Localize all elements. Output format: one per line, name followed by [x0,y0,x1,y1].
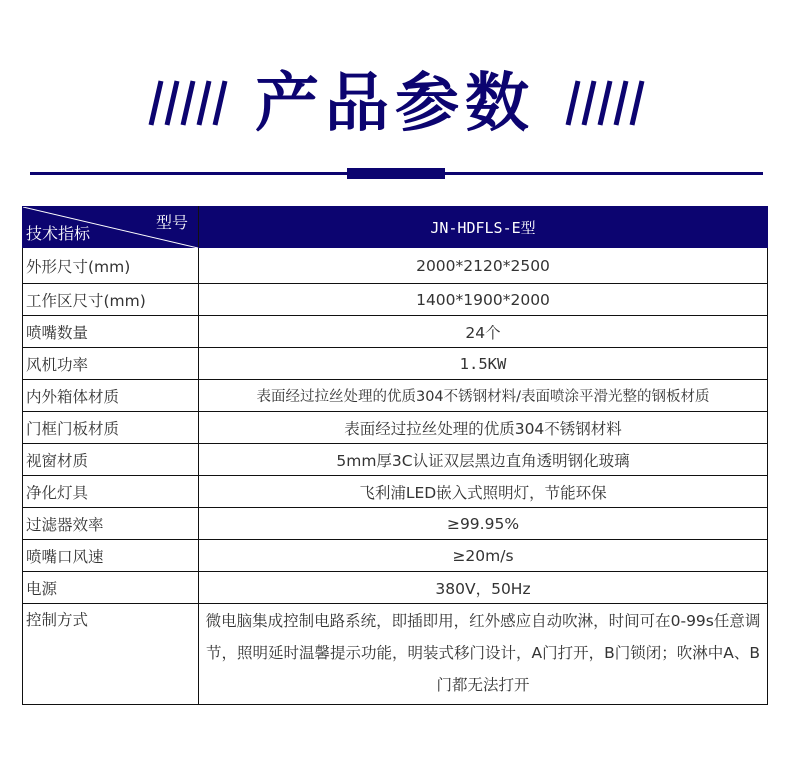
spec-table: 型号 技术指标 JN-HDFLS-E型 外形尺寸(mm) 2000*2120*2… [22,206,768,705]
table-row: 喷嘴数量 24个 [23,316,768,348]
row-value: ≥99.95% [199,508,768,540]
table-row: 净化灯具 飞利浦LED嵌入式照明灯，节能环保 [23,476,768,508]
row-value: ≥20m/s [199,540,768,572]
table-row: 外形尺寸(mm) 2000*2120*2500 [23,248,768,284]
table-row: 风机功率 1.5KW [23,348,768,380]
spec-label: 技术指标 [26,221,90,244]
corner-header-cell: 型号 技术指标 [23,207,199,248]
model-label: 型号 [156,210,188,233]
row-value: 表面经过拉丝处理的优质304不锈钢材料 [199,412,768,444]
table-row: 内外箱体材质 表面经过拉丝处理的优质304不锈钢材料/表面喷涂平滑光整的钢板材质 [23,380,768,412]
row-key: 风机功率 [23,348,199,380]
table-row: 视窗材质 5mm厚3C认证双层黑边直角透明钢化玻璃 [23,444,768,476]
table-row: 控制方式 微电脑集成控制电路系统，即插即用，红外感应自动吹淋，时间可在0-99s… [23,604,768,705]
row-value: 微电脑集成控制电路系统，即插即用，红外感应自动吹淋，时间可在0-99s任意调节，… [199,604,768,705]
title-divider-accent [347,168,445,179]
table-header-row: 型号 技术指标 JN-HDFLS-E型 [23,207,768,248]
table-row: 门框门板材质 表面经过拉丝处理的优质304不锈钢材料 [23,412,768,444]
page-title: 产品参数 [0,66,790,142]
row-key: 视窗材质 [23,444,199,476]
row-key: 内外箱体材质 [23,380,199,412]
slash-decoration-right-icon [564,80,648,126]
table-row: 工作区尺寸(mm) 1400*1900*2000 [23,284,768,316]
row-key: 门框门板材质 [23,412,199,444]
row-key: 工作区尺寸(mm) [23,284,199,316]
row-key: 喷嘴数量 [23,316,199,348]
row-value: 380V，50Hz [199,572,768,604]
row-key: 外形尺寸(mm) [23,248,199,284]
page-header: 产品参数 [0,62,790,142]
row-value: 1400*1900*2000 [199,284,768,316]
table-row: 喷嘴口风速 ≥20m/s [23,540,768,572]
model-name: JN-HDFLS-E型 [199,207,768,248]
table-row: 过滤器效率 ≥99.95% [23,508,768,540]
row-key: 喷嘴口风速 [23,540,199,572]
row-value: 飞利浦LED嵌入式照明灯，节能环保 [199,476,768,508]
row-key: 过滤器效率 [23,508,199,540]
row-key: 控制方式 [23,604,199,705]
row-key: 净化灯具 [23,476,199,508]
row-value: 1.5KW [199,348,768,380]
row-key: 电源 [23,572,199,604]
table-row: 电源 380V，50Hz [23,572,768,604]
row-value: 表面经过拉丝处理的优质304不锈钢材料/表面喷涂平滑光整的钢板材质 [199,380,768,412]
row-value: 5mm厚3C认证双层黑边直角透明钢化玻璃 [199,444,768,476]
row-value: 24个 [199,316,768,348]
row-value: 2000*2120*2500 [199,248,768,284]
